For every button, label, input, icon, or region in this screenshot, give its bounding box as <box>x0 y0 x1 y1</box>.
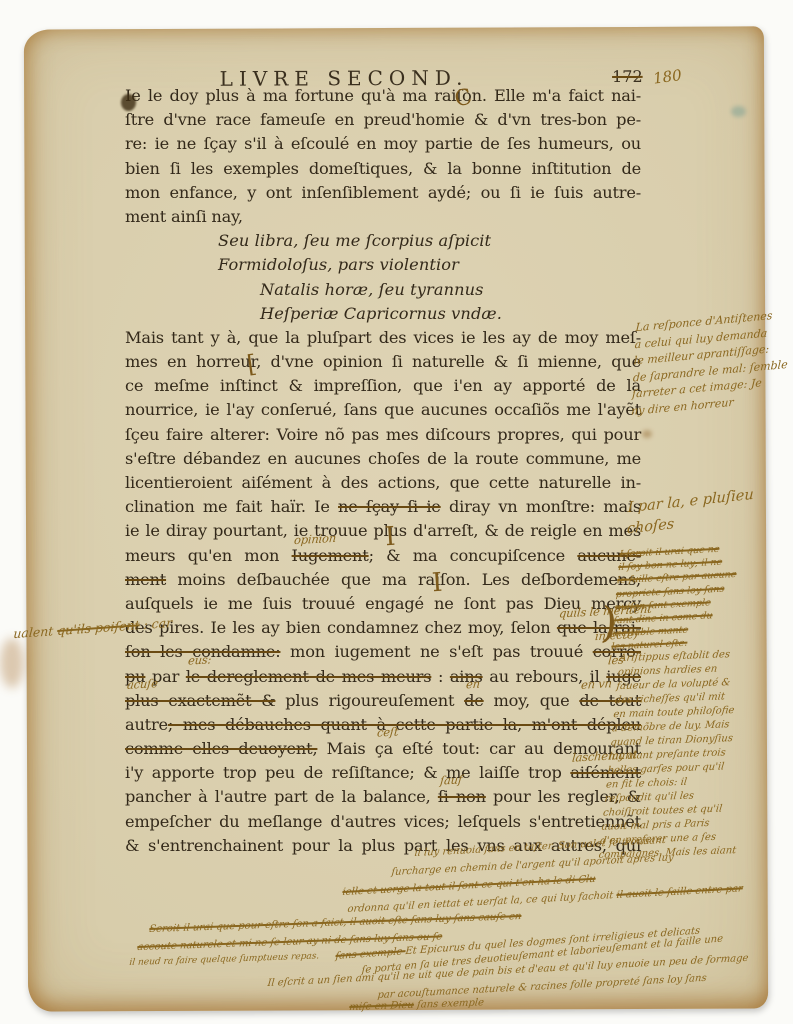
struck-text: deen <box>464 691 484 710</box>
print-line: s'eſtre débandez en aucunes choſes de la… <box>125 447 641 471</box>
text-segment: ualent <box>13 623 58 641</box>
print-line: bien ſi les exemples domeſtiques, & la b… <box>125 157 641 181</box>
text-segment: : car <box>139 615 173 632</box>
text-segment: mon iugement ne s'eſt pas trouué <box>280 642 592 661</box>
text-segment: çaceſt <box>375 739 393 758</box>
manuscript-scan: LIVRE SECOND. 172 180 Ie le doy plus à m… <box>0 0 793 1024</box>
print-line: Ie le doy plus à ma fortune qu'à ma raiſ… <box>125 84 641 108</box>
text-segment: ſans exemple <box>413 997 484 1010</box>
print-line: i'y apporte trop peu de reſiſtance; & me… <box>125 761 641 785</box>
text-segment: plus rigoureuſement <box>275 691 464 710</box>
print-line: ce meſme inſtinct & impreſſion, que i'en… <box>125 374 641 398</box>
verse-line: Heſperiæ Capricornus vndæ. <box>125 302 641 326</box>
verse-line: Natalis horæ, ſeu tyrannus <box>125 278 641 302</box>
interlinear-correction: eus: <box>187 654 211 667</box>
text-segment: s'eſtre débandez en aucunes choſes de la… <box>125 449 641 468</box>
struck-text: ; mes débauches quant à cette partie la,… <box>168 715 641 734</box>
text-segment: ie le diray pourtant, ie trouue plus d'a… <box>125 521 641 540</box>
print-line: pu par le dereglement de mes meurseus: :… <box>125 665 641 689</box>
paper-stain <box>121 94 136 111</box>
struck-text: miſe en Dieu <box>349 1000 415 1013</box>
text-segment: re: ie ne ſçay s'il à eſcoulé en moy par… <box>125 134 641 153</box>
print-line: licentieroient aiſément à des actions, q… <box>125 471 641 495</box>
print-line: plus exactemẽt &acuſe plus rigoureuſemen… <box>125 689 641 713</box>
text-segment: Ie le doy plus à ma fortune qu'à ma raiſ… <box>125 86 641 105</box>
print-line: ment moins deſbauchée que ma raiſon. Les… <box>125 568 641 592</box>
print-line: mes en horreur, d'vne opinion ſi naturel… <box>125 350 641 374</box>
print-line: meurs qu'en mon Iugementopinion; & ma co… <box>125 544 641 568</box>
page-number-handwritten: 180 <box>652 66 683 87</box>
paper-stain <box>0 638 24 688</box>
text-segment: ment ainſi nay, <box>125 207 243 226</box>
ink-stroke-mark: I <box>384 524 396 551</box>
text-segment: moins deſbauchée que ma raiſon. Les deſb… <box>166 570 641 589</box>
text-segment: moy, que <box>484 691 580 710</box>
text-segment: nourrice, ie l'ay conſerué, ſans que auc… <box>125 400 641 419</box>
struck-text: Iugementopinion <box>292 546 369 565</box>
text-segment: ſçeu faire alterer: Voire nõ pas mes diſ… <box>125 425 641 444</box>
text-segment: clination me fait haïr. Ie <box>125 497 338 516</box>
interlinear-correction: ceſt <box>376 726 398 739</box>
print-line: Mais tant y à, que la pluſpart des vices… <box>125 326 641 350</box>
print-line: ſtre d'vne race fameuſe en preud'homie &… <box>125 108 641 132</box>
text-segment: Mais tant y à, que la pluſpart des vices… <box>125 328 641 347</box>
struck-text: le dereglement de mes meurseus: <box>186 667 432 686</box>
struck-text: ne ſçay ſi ie <box>338 497 441 516</box>
text-segment: diray vn monſtre: mais <box>441 497 641 516</box>
paper-stain <box>642 430 652 438</box>
interlinear-correction: opinion <box>293 532 336 546</box>
text-segment: empeſcher du meſlange d'autres vices; le… <box>125 812 641 831</box>
print-line: re: ie ne ſçay s'il à eſcoulé en moy par… <box>125 132 641 156</box>
text-segment: pancher à l'autre part de la balance, <box>125 787 438 806</box>
text-segment: Natalis horæ, ſeu tyrannus <box>260 280 484 299</box>
text-segment: mon enfance, y ont inſenſiblement aydé; … <box>125 183 641 202</box>
print-line: ment ainſi nay, <box>125 205 641 229</box>
struck-text: plus exactemẽt &acuſe <box>125 691 275 710</box>
text-segment: ce meſme inſtinct & impreſſion, que i'en… <box>125 376 641 395</box>
print-line: ie le diray pourtant, ie trouue plus d'a… <box>125 519 641 543</box>
text-segment: ; & ma concupiſcence <box>369 546 578 565</box>
text-segment: Formidoloſus, pars violentior <box>218 255 459 274</box>
text-segment: autre <box>125 715 168 734</box>
text-segment: bien ſi les exemples domeſtiques, & la b… <box>125 159 641 178</box>
print-line: pancher à l'autre part de la balance, ſi… <box>125 785 641 809</box>
paper-stain <box>731 106 746 117</box>
text-segment: meurs qu'en mon <box>125 546 292 565</box>
text-segment: mes en horreur, d'vne opinion ſi naturel… <box>125 352 641 371</box>
ink-stroke-mark: ) <box>600 601 619 644</box>
print-line: ſçeu faire alterer: Voire nõ pas mes diſ… <box>125 423 641 447</box>
text-segment: Mais <box>317 739 374 758</box>
struck-text: ment <box>125 570 166 589</box>
print-line: comme elles deuoyent, Mais çaceſt eſté t… <box>125 737 641 761</box>
print-line: mon enfance, y ont inſenſiblement aydé; … <box>125 181 641 205</box>
verse-line: Seu libra, ſeu me ſcorpius aſpicit <box>125 229 641 253</box>
interlinear-correction: en vn <box>581 678 613 691</box>
verse-line: Formidoloſus, pars violentior <box>125 253 641 277</box>
text-segment: : <box>431 667 450 686</box>
text-segment: Seu libra, ſeu me ſcorpius aſpicit <box>218 231 491 250</box>
text-segment: Heſperiæ Capricornus vndæ. <box>260 304 502 323</box>
print-line: clination me fait haïr. Ie ne ſçay ſi ie… <box>125 495 641 519</box>
interlinear-correction: en <box>466 678 481 690</box>
struck-text: ſi nonſauf <box>438 787 486 806</box>
interlinear-correction: ſauf <box>439 775 462 788</box>
margin-note-antisthenes: La reſponce d'Antiſtenesa celui qui luy … <box>631 305 793 420</box>
interlinear-correction: acuſe <box>127 678 159 691</box>
text-segment: i'y apporte trop peu de reſiſtance; & me… <box>125 763 570 782</box>
struck-text: comme elles deuoyent, <box>125 739 317 758</box>
text-segment: licentieroient aiſément à des actions, q… <box>125 473 641 492</box>
print-line: nourrice, ie l'ay conſerué, ſans que auc… <box>125 398 641 422</box>
ink-stroke-mark: I <box>431 570 443 597</box>
margin-note-struck-draft: I ſeroit il urai que neil ſoy bon ne luy… <box>611 539 793 655</box>
print-line: empeſcher du meſlange d'autres vices; le… <box>125 810 641 834</box>
text-segment: ſtre d'vne race fameuſe en preud'homie &… <box>125 110 641 129</box>
printed-text-block: Ie le doy plus à ma fortune qu'à ma raiſ… <box>125 84 641 858</box>
